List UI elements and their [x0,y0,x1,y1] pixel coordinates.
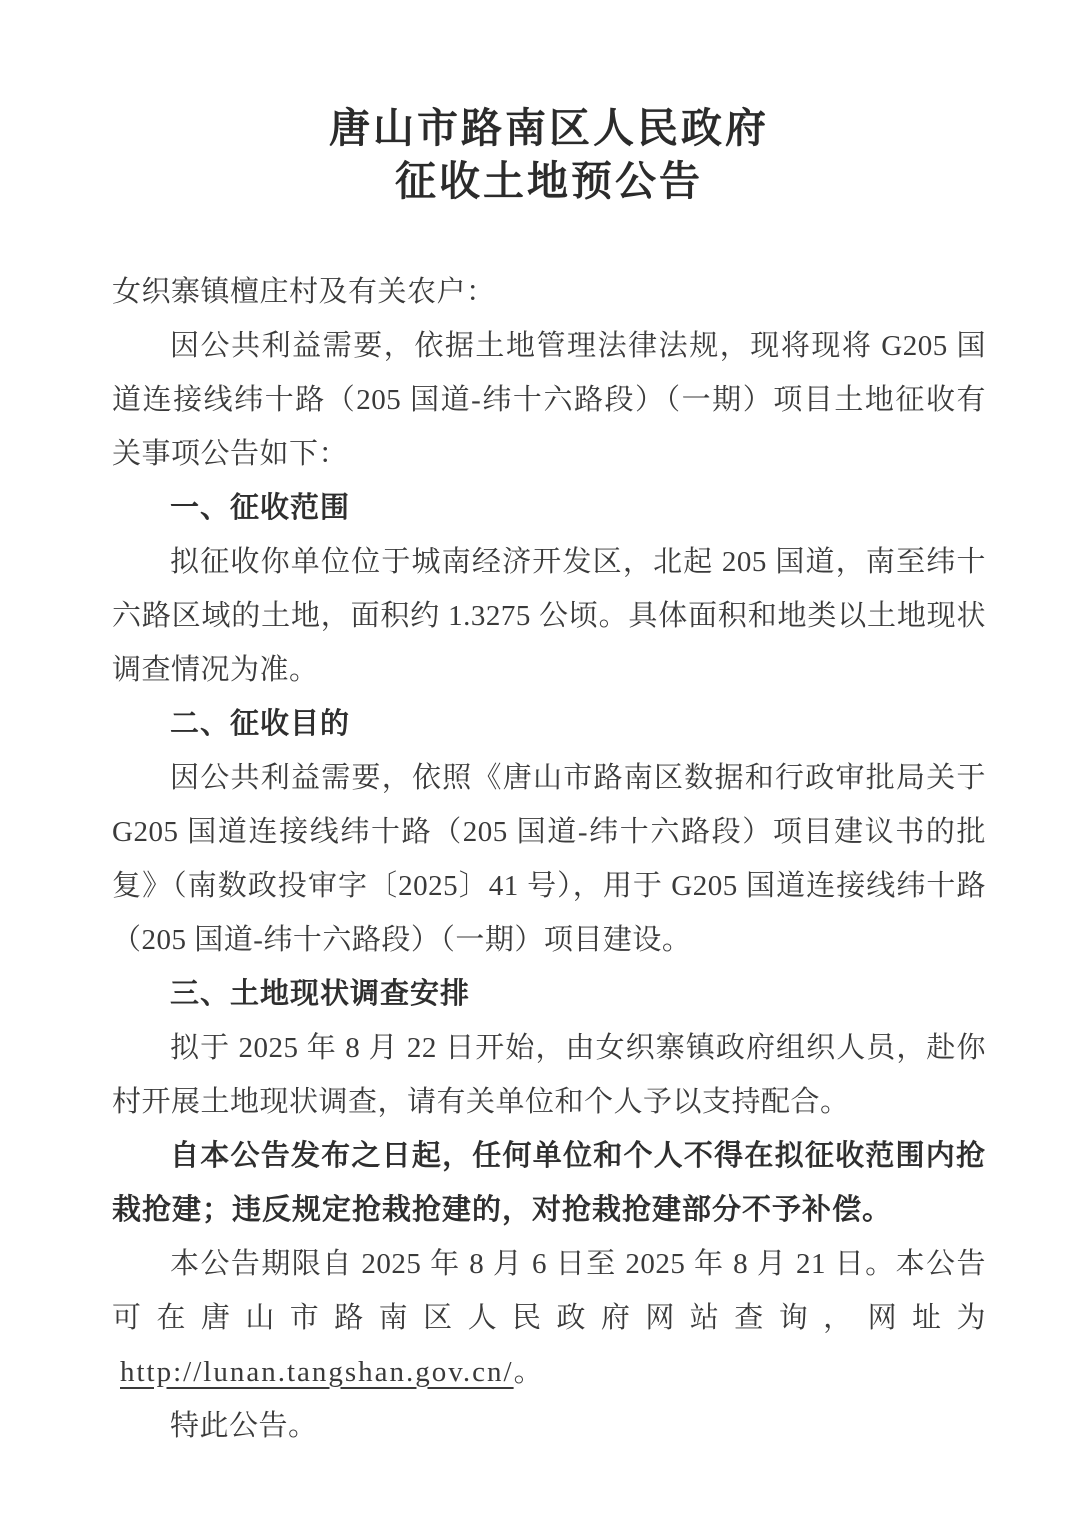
section-2-body: 因公共利益需要，依照《唐山市路南区数据和行政审批局关于 G205 国道连接线纬十… [112,751,986,967]
intro-paragraph: 因公共利益需要，依据土地管理法律法规，现将现将 G205 国道连接线纬十路（20… [112,319,986,481]
section-3-body: 拟于 2025 年 8 月 22 日开始，由女织寨镇政府组织人员，赴你村开展土地… [112,1021,986,1129]
salutation: 女织寨镇檀庄村及有关农户： [112,265,986,319]
section-2-heading: 二、征收目的 [112,697,986,751]
validity-paragraph: 本公告期限自 2025 年 8 月 6 日至 2025 年 8 月 21 日。本… [112,1237,986,1399]
title-line-1: 唐山市路南区人民政府 [112,102,986,155]
validity-period-mark: 。 [514,1356,544,1388]
announcement-page: 唐山市路南区人民政府 征收土地预公告 女织寨镇檀庄村及有关农户： 因公共利益需要… [0,0,1080,1527]
document-title: 唐山市路南区人民政府 征收土地预公告 [112,102,986,209]
section-1-heading: 一、征收范围 [112,481,986,535]
section-3-heading: 三、土地现状调查安排 [112,967,986,1021]
title-line-2: 征收土地预公告 [112,155,986,208]
notice-url-link[interactable]: http://lunan.tangshan.gov.cn/ [120,1356,514,1388]
validity-text: 本公告期限自 2025 年 8 月 6 日至 2025 年 8 月 21 日。本… [112,1248,986,1334]
closing-paragraph: 特此公告。 [112,1399,986,1453]
section-1-body: 拟征收你单位位于城南经济开发区，北起 205 国道，南至纬十六路区域的土地，面积… [112,535,986,697]
warning-paragraph: 自本公告发布之日起，任何单位和个人不得在拟征收范围内抢栽抢建；违反规定抢栽抢建的… [112,1129,986,1237]
